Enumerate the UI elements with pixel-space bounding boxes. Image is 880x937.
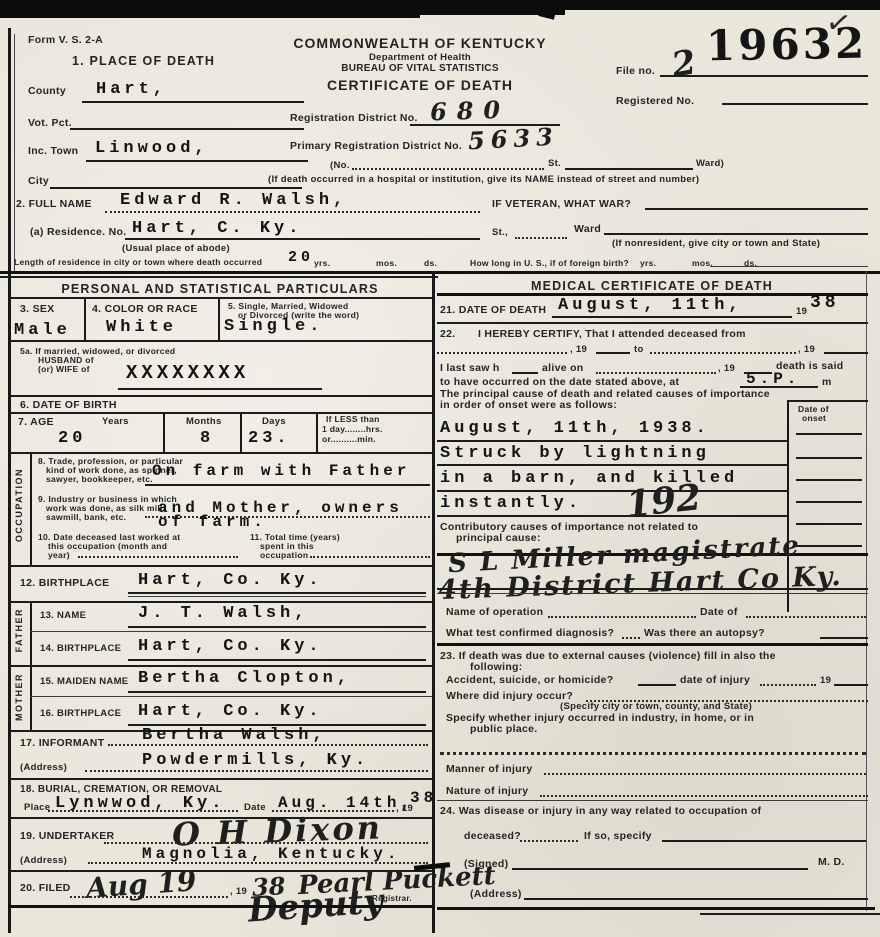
mother-maiden-label: 15. MAIDEN NAME <box>40 676 128 687</box>
rule <box>128 659 426 661</box>
rule <box>240 412 242 452</box>
industry-value: of farm. <box>158 513 267 531</box>
burial-year-value: 38 <box>410 789 437 807</box>
to-label: to <box>634 344 644 355</box>
age-months-head: Months <box>186 416 222 427</box>
q24-label: 24. Was disease or injury in any way rel… <box>440 805 761 817</box>
personal-particulars-title: PERSONAL AND STATISTICAL PARTICULARS <box>10 282 430 296</box>
header-divider <box>0 271 880 274</box>
rule <box>820 637 868 639</box>
rule <box>30 696 432 697</box>
filed-label: 20. FILED <box>20 882 71 894</box>
rule <box>8 778 432 780</box>
yrs-label: yrs. <box>314 258 330 268</box>
dod-19-label: 19 <box>796 306 807 317</box>
ward-label: Ward) <box>696 158 724 169</box>
commonwealth-title: COMMONWEALTH OF KENTUCKY <box>250 35 590 51</box>
section-place-of-death: 1. PLACE OF DEATH <box>72 54 215 68</box>
vot-pct-label: Vot. Pct. <box>28 117 72 129</box>
dod-year-value: 38 <box>810 293 840 313</box>
city-label: City <box>28 175 49 187</box>
rule <box>352 168 544 170</box>
undertaker-address-label: (Address) <box>20 855 67 866</box>
rule <box>437 464 787 466</box>
rule <box>796 523 862 525</box>
rule <box>796 457 862 459</box>
handwritten-192: 192 <box>624 476 703 526</box>
rule <box>760 684 816 686</box>
contributory-label: principal cause: <box>456 532 541 544</box>
rule <box>82 101 304 103</box>
undertaker-address-value: Magnolia, Kentucky. <box>142 845 400 863</box>
accident-label: Accident, suicide, or homicide? <box>446 674 613 686</box>
color-race-value: White <box>106 318 177 337</box>
alive-on-label: alive on <box>542 362 584 374</box>
rule <box>796 479 862 481</box>
rule <box>796 545 862 547</box>
mos-label: mos. <box>376 258 397 268</box>
mother-birthplace-value: Hart, Co. Ky. <box>138 702 323 721</box>
principal-cause-label: in order of onset were as follows: <box>440 399 617 411</box>
age-months-value: 8 <box>200 429 214 448</box>
date-injury-label: date of injury <box>680 674 750 686</box>
rule <box>437 907 875 910</box>
rule <box>512 868 808 870</box>
reg-district-value: 680 <box>430 95 511 127</box>
yrs-label: yrs. <box>640 258 656 268</box>
signed-label: (Signed) <box>464 858 508 870</box>
burial-date-label: Date <box>244 802 266 813</box>
manner-injury-label: Manner of injury <box>446 763 532 775</box>
cause-of-death-line: Struck by lightning <box>440 444 710 463</box>
nonresident-note: (If nonresident, give city or town and S… <box>612 238 820 249</box>
rule <box>552 316 792 318</box>
rule <box>128 691 426 693</box>
rule <box>104 842 428 844</box>
rule <box>30 452 32 565</box>
father-birthplace-value: Hart, Co. Ky. <box>138 637 323 656</box>
rule <box>163 412 165 452</box>
undertaker-label: 19. UNDERTAKER <box>20 830 114 842</box>
rule <box>540 795 868 797</box>
rule <box>118 388 322 390</box>
veteran-label: IF VETERAN, WHAT WAR? <box>492 198 631 210</box>
length-residence-label: Length of residence in city or town wher… <box>14 257 262 267</box>
marital-value: Single. <box>224 317 323 336</box>
specify-city-note: (Specify city or town, county, and State… <box>560 701 752 712</box>
rule <box>796 433 862 435</box>
rule <box>796 501 862 503</box>
certificate-title: CERTIFICATE OF DEATH <box>250 77 590 93</box>
cause-of-death-line: instantly. <box>440 494 582 513</box>
rule <box>437 322 868 324</box>
rule <box>437 643 868 646</box>
husband-wife-label: (or) WIFE of <box>38 364 90 374</box>
registered-no-label: Registered No. <box>616 95 694 107</box>
nature-injury-label: Nature of injury <box>446 785 528 797</box>
husband-wife-value: XXXXXXXX <box>126 362 249 384</box>
rule <box>622 637 640 639</box>
sex-label: 3. SEX <box>20 303 54 315</box>
rule <box>145 484 430 486</box>
rule <box>0 276 438 278</box>
trade-label: sawyer, bookkeeper, etc. <box>46 474 153 484</box>
residence-st-label: St., <box>492 227 508 238</box>
last-worked-label: year) <box>48 550 70 560</box>
rule <box>437 515 787 517</box>
reg-district-label: Registration District No. <box>290 112 418 124</box>
autopsy-label: Was there an autopsy? <box>644 627 765 639</box>
rule <box>524 898 868 900</box>
where-injury-label: Where did injury occur? <box>446 690 573 702</box>
last-saw-label: I last saw h <box>440 362 500 374</box>
rule <box>437 800 868 801</box>
informant-address-value: Powdermills, Ky. <box>142 751 369 770</box>
occurred-m-label: m <box>822 376 832 388</box>
operation-label: Name of operation <box>446 606 543 618</box>
birthplace-value: Hart, Co. Ky. <box>138 571 323 590</box>
rule <box>30 631 432 632</box>
comma-19-label: , 19 <box>798 344 815 355</box>
rule <box>128 592 426 594</box>
primary-reg-label: Primary Registration District No. <box>290 140 462 152</box>
rule <box>834 684 868 686</box>
form-left-border-inner <box>14 34 15 272</box>
rule <box>700 913 880 915</box>
scan-artifact <box>0 0 880 10</box>
primary-reg-value: 5633 <box>467 122 559 156</box>
date-of-death-label: 21. DATE OF DEATH <box>440 304 546 316</box>
rule <box>128 596 426 597</box>
rule <box>787 400 868 402</box>
age-years-head: Years <box>102 416 129 427</box>
filed-19-label: , 19 <box>230 886 247 897</box>
rule <box>8 601 432 603</box>
mother-birthplace-label: 16. BIRTHPLACE <box>40 708 121 719</box>
inc-town-value: Linwood, <box>95 139 209 158</box>
date-of-label: Date of <box>700 606 738 618</box>
q24-deceased-label: deceased? <box>464 830 521 842</box>
form-right-border <box>866 271 867 911</box>
father-name-label: 13. NAME <box>40 610 86 621</box>
column-divider <box>432 271 435 933</box>
rule <box>8 905 432 908</box>
test-confirmed-label: What test confirmed diagnosis? <box>446 627 614 639</box>
rule <box>78 556 238 558</box>
rule <box>596 352 630 354</box>
rule <box>86 160 308 162</box>
file-stamp-number: 19632 <box>706 19 868 71</box>
rule <box>512 372 538 374</box>
rule <box>8 452 432 454</box>
county-label: County <box>28 85 66 97</box>
rule <box>645 208 868 210</box>
mother-vertical-label: MOTHER <box>14 673 24 721</box>
st-label: St. <box>548 158 561 169</box>
rule <box>8 340 432 342</box>
rule <box>48 810 238 812</box>
file-no-value: 2 <box>669 42 699 86</box>
rule <box>548 616 696 618</box>
rule <box>565 168 693 170</box>
age-days-head: Days <box>262 416 286 427</box>
rule <box>544 773 866 775</box>
informant-address-label: (Address) <box>20 762 67 773</box>
rule <box>440 752 866 755</box>
rule <box>604 233 868 235</box>
rule <box>85 770 428 772</box>
rule <box>70 896 228 898</box>
rule <box>84 297 86 340</box>
rule <box>710 266 868 267</box>
cause-of-death-line: August, 11th, 1938. <box>440 419 710 438</box>
file-no-label: File no. <box>616 65 655 77</box>
rule <box>437 440 787 442</box>
rule <box>310 556 430 558</box>
occurred-label: to have occurred on the date stated abov… <box>440 376 679 388</box>
hospital-note: (If death occurred in a hospital or inst… <box>268 174 699 185</box>
rule <box>30 601 32 665</box>
residence-ward-label: Ward <box>574 223 601 235</box>
informant-value: Bertha Walsh, <box>142 726 327 745</box>
age-less-label: 1 day........hrs. <box>322 424 383 434</box>
abode-note: (Usual place of abode) <box>122 243 230 254</box>
death-certificate-scan: ✓ Form V. S. 2-A 1. PLACE OF DEATH Count… <box>0 0 880 937</box>
certify-number: 22. <box>440 328 456 340</box>
address-label: (Address) <box>470 888 522 900</box>
specify-injury-label: public place. <box>470 723 538 735</box>
comma-19-label: , 19 <box>570 344 587 355</box>
rule <box>437 352 567 354</box>
rule <box>8 297 432 299</box>
md-label: M. D. <box>818 856 845 868</box>
rule <box>515 237 567 239</box>
certify-text: I HEREBY CERTIFY, That I attended deceas… <box>478 328 746 340</box>
occupation-vertical-label: OCCUPATION <box>14 468 24 542</box>
filed-date-value: Aug 19 <box>85 864 197 905</box>
age-days-value: 23. <box>248 429 291 448</box>
residence-value: Hart, C. Ky. <box>132 219 302 238</box>
rule <box>316 412 318 452</box>
rule <box>108 744 428 746</box>
residence-label: (a) Residence. No. <box>30 226 126 238</box>
rule <box>30 665 32 730</box>
date-of-onset-label: onset <box>802 413 826 423</box>
full-name-label: 2. FULL NAME <box>16 198 92 210</box>
birthplace-label: 12. BIRTHPLACE <box>20 577 109 589</box>
foreign-birth-label: How long in U. S., if of foreign birth? <box>470 258 629 268</box>
age-label: 7. AGE <box>18 416 54 428</box>
rule <box>8 665 432 667</box>
dept-of-health: Department of Health <box>250 52 590 63</box>
sex-value: Male <box>14 321 71 340</box>
rule <box>650 352 796 354</box>
ds-label: ds. <box>424 258 437 268</box>
total-time-label: occupation <box>260 550 308 560</box>
medical-certificate-title: MEDICAL CERTIFICATE OF DEATH <box>437 279 867 293</box>
rule <box>596 372 716 374</box>
age-less-label: or..........min. <box>322 434 376 444</box>
burial-place-label: Place <box>24 802 50 813</box>
rule <box>105 211 480 213</box>
rule <box>437 593 868 594</box>
q23-label: following: <box>470 661 523 673</box>
trade-value: On farm with Father <box>152 462 410 480</box>
informant-label: 17. INFORMANT <box>20 737 104 749</box>
rule <box>125 238 480 240</box>
mother-maiden-value: Bertha Clopton, <box>138 669 351 688</box>
scan-artifact <box>538 0 557 19</box>
rule <box>50 187 302 189</box>
inc-town-label: Inc. Town <box>28 145 78 157</box>
length-years-value: 20 <box>288 249 314 266</box>
dob-label: 6. DATE OF BIRTH <box>20 399 117 411</box>
rule <box>660 75 868 77</box>
form-number: Form V. S. 2-A <box>28 34 103 46</box>
no-label: (No. <box>330 160 350 171</box>
date-of-death-value: August, 11th, <box>558 296 743 315</box>
father-name-value: J. T. Walsh, <box>138 604 308 623</box>
injury-19-label: 19 <box>820 675 831 686</box>
rule <box>70 128 304 130</box>
rule <box>218 297 220 340</box>
rule <box>746 616 866 618</box>
rule <box>437 490 787 492</box>
rule <box>638 684 676 686</box>
rule <box>662 840 866 842</box>
if-so-specify-label: If so, specify <box>584 830 652 842</box>
form-left-border <box>8 28 11 933</box>
rule <box>437 588 868 590</box>
color-race-label: 4. COLOR OR RACE <box>92 303 198 315</box>
age-less-label: If LESS than <box>326 414 380 424</box>
age-years-value: 20 <box>58 429 86 448</box>
rule <box>722 103 868 105</box>
rule <box>8 395 432 397</box>
comma-19-label: , 19 <box>718 363 735 374</box>
father-birthplace-label: 14. BIRTHPLACE <box>40 643 121 654</box>
father-vertical-label: FATHER <box>14 608 24 652</box>
full-name-value: Edward R. Walsh, <box>120 191 347 210</box>
rule <box>88 862 428 864</box>
rule <box>8 565 432 567</box>
scan-artifact <box>0 10 420 18</box>
industry-label: sawmill, bank, etc. <box>46 512 126 522</box>
rule <box>128 626 426 628</box>
rule <box>520 840 578 842</box>
bureau-title: BUREAU OF VITAL STATISTICS <box>250 63 590 74</box>
county-value: Hart, <box>96 80 167 99</box>
rule <box>824 352 868 354</box>
